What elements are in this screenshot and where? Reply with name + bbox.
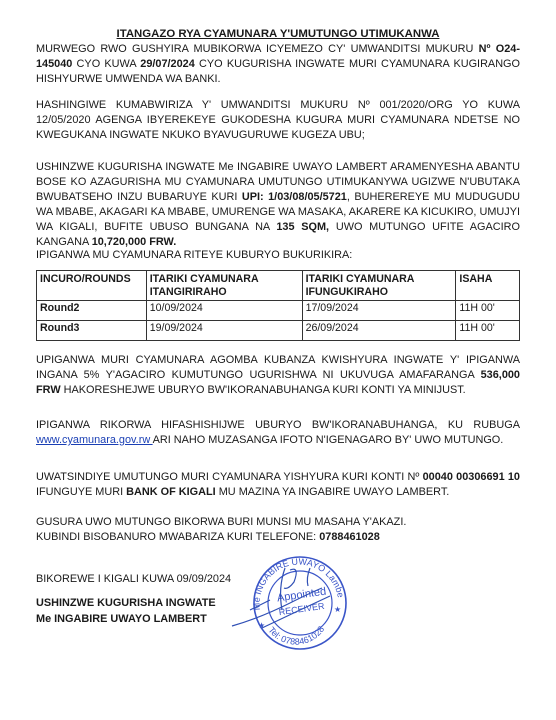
signatory-role: USHINZWE KUGURISHA INGWATE bbox=[36, 595, 216, 611]
table-header-row: INCURO/ROUNDS ITARIKI CYAMUNARA ITANGIRI… bbox=[37, 271, 520, 301]
order-date: 29/07/2024 bbox=[140, 58, 195, 70]
receiver-stamp: Me INGABIRE UWAYO Lambert Tel: 078846102… bbox=[230, 548, 350, 660]
round-label: Round2 bbox=[37, 301, 147, 321]
property-value: 10,720,000 FRW. bbox=[92, 236, 177, 248]
property-area: 135 SQM, bbox=[276, 221, 329, 233]
contact-phone: 0788461028 bbox=[319, 531, 380, 543]
stamp-bottom-arc-text: Tel: 0788461028 bbox=[266, 624, 326, 647]
paragraph-visiting: GUSURA UWO MUTUNGO BIKORWA BURI MUNSI MU… bbox=[36, 515, 520, 530]
svg-text:Tel: 0788461028: Tel: 0788461028 bbox=[266, 624, 326, 647]
round-label: Round3 bbox=[37, 321, 147, 341]
paragraph-deposit: UPIGANWA MURI CYAMUNARA AGOMBA KUBANZA K… bbox=[36, 353, 520, 398]
property-upi: UPI: 1/03/08/05/5721 bbox=[242, 191, 347, 203]
document-page: ITANGAZO RYA CYAMUNARA Y'UMUTUNGO UTIMUK… bbox=[0, 0, 556, 720]
header-end-date: ITARIKI CYAMUNARA IFUNGUKIRAHO bbox=[302, 271, 456, 301]
start-date: 19/09/2024 bbox=[146, 321, 302, 341]
stamp-star-icon: ★ bbox=[258, 621, 265, 630]
paragraph-auction-schedule-intro: IPIGANWA MU CYAMUNARA RITEYE KUBURYO BUK… bbox=[36, 248, 520, 263]
paragraph-payment-account: UWATSINDIYE UMUTUNGO MURI CYAMUNARA YISH… bbox=[36, 470, 520, 500]
header-rounds: INCURO/ROUNDS bbox=[37, 271, 147, 301]
bank-name: BANK OF KIGALI bbox=[126, 486, 216, 498]
signatory-block: USHINZWE KUGURISHA INGWATE Me INGABIRE U… bbox=[36, 595, 216, 627]
start-date: 10/09/2024 bbox=[146, 301, 302, 321]
header-start-date: ITARIKI CYAMUNARA ITANGIRIRAHO bbox=[146, 271, 302, 301]
time: 11H 00' bbox=[456, 301, 520, 321]
paragraph-regulation: HASHINGIWE KUMABWIRIZA Y' UMWANDITSI MUK… bbox=[36, 98, 520, 143]
stamp-star-icon: ★ bbox=[334, 605, 341, 614]
cyamunara-website-link[interactable]: www.cyamunara.gov.rw bbox=[36, 434, 153, 446]
paragraph-contact: KUBINDI BISOBANURO MWABARIZA KURI TELEFO… bbox=[36, 530, 520, 545]
auction-rounds-table: INCURO/ROUNDS ITARIKI CYAMUNARA ITANGIRI… bbox=[36, 270, 520, 341]
signature-date-line: BIKOREWE I KIGALI KUWA 09/09/2024 bbox=[36, 573, 231, 585]
signatory-name: Me INGABIRE UWAYO LAMBERT bbox=[36, 611, 216, 627]
end-date: 17/09/2024 bbox=[302, 301, 456, 321]
paragraph-court-order: MURWEGO RWO GUSHYIRA MUBIKORWA ICYEMEZO … bbox=[36, 42, 520, 87]
header-time: ISAHA bbox=[456, 271, 520, 301]
paragraph-online-bidding: IPIGANWA RIKORWA HIFASHISHIJWE UBURYO BW… bbox=[36, 418, 520, 448]
account-number: 00040 00306691 10 bbox=[423, 471, 520, 483]
table-row: Round3 19/09/2024 26/09/2024 11H 00' bbox=[37, 321, 520, 341]
time: 11H 00' bbox=[456, 321, 520, 341]
paragraph-property-description: USHINZWE KUGURISHA INGWATE Me INGABIRE U… bbox=[36, 160, 520, 250]
table-row: Round2 10/09/2024 17/09/2024 11H 00' bbox=[37, 301, 520, 321]
end-date: 26/09/2024 bbox=[302, 321, 456, 341]
document-title: ITANGAZO RYA CYAMUNARA Y'UMUTUNGO UTIMUK… bbox=[0, 28, 556, 40]
